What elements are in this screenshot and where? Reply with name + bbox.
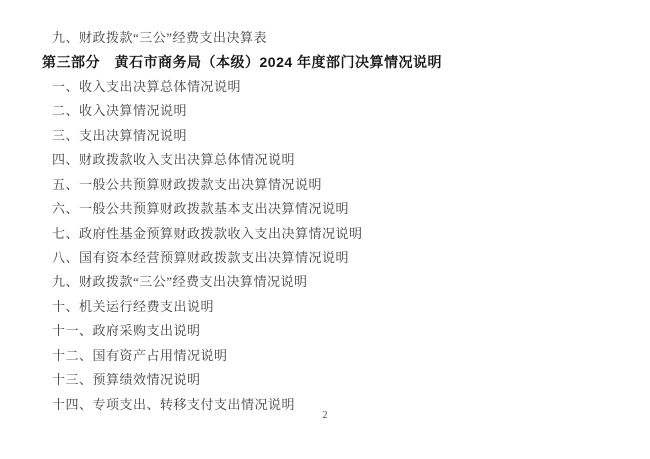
toc-item-3: 三、支出决算情况说明 — [0, 124, 650, 148]
toc-item-6: 六、一般公共预算财政拨款基本支出决算情况说明 — [0, 197, 650, 221]
toc-item-11: 十一、政府采购支出说明 — [0, 319, 650, 343]
toc-item-prev-section-9: 九、财政拨款“三公”经费支出决算表 — [0, 26, 650, 50]
toc-item-5: 五、一般公共预算财政拨款支出决算情况说明 — [0, 173, 650, 197]
toc-item-13: 十三、预算绩效情况说明 — [0, 368, 650, 392]
toc-item-2: 二、收入决算情况说明 — [0, 99, 650, 123]
toc-item-9: 九、财政拨款“三公”经费支出决算情况说明 — [0, 270, 650, 294]
document-page: 九、财政拨款“三公”经费支出决算表 第三部分 黄石市商务局（本级）2024 年度… — [0, 0, 650, 459]
toc-item-8: 八、国有资本经营预算财政拨款支出决算情况说明 — [0, 246, 650, 270]
toc-item-1: 一、收入支出决算总体情况说明 — [0, 75, 650, 99]
section-heading-part-3: 第三部分 黄石市商务局（本级）2024 年度部门决算情况说明 — [0, 50, 650, 74]
toc-item-4: 四、财政拨款收入支出决算总体情况说明 — [0, 148, 650, 172]
toc-item-12: 十二、国有资产占用情况说明 — [0, 344, 650, 368]
page-number: 2 — [0, 409, 650, 423]
toc-item-10: 十、机关运行经费支出说明 — [0, 295, 650, 319]
toc-content: 九、财政拨款“三公”经费支出决算表 第三部分 黄石市商务局（本级）2024 年度… — [0, 0, 650, 417]
toc-item-7: 七、政府性基金预算财政拨款收入支出决算情况说明 — [0, 222, 650, 246]
